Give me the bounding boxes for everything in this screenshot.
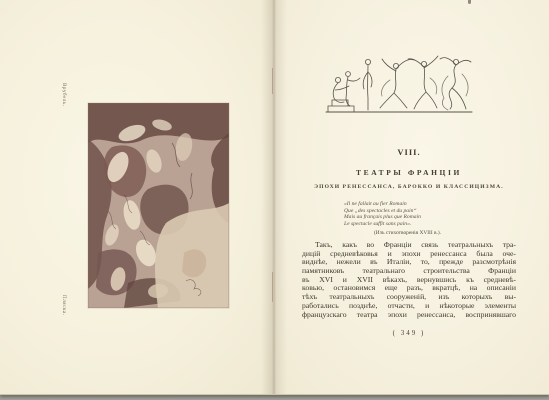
epigraph-source: (Изъ стихотворенія XVIII в.). [374, 230, 474, 237]
page-number: ( 349 ) [302, 329, 516, 337]
left-page: Врубель. [0, 0, 273, 394]
gutter-crease [272, 272, 273, 302]
plate-margin-caption-bottom: Пляска. [61, 295, 66, 316]
photographed-book-scene: Врубель. [0, 0, 549, 400]
sepia-plate-illustration [88, 103, 229, 308]
body-paragraph: Такъ, какъ во Франціи связь театральныхъ… [302, 241, 516, 319]
paragraph-line: французскаго театра эпохи ренессанса, во… [302, 311, 516, 320]
plate-margin-caption-top: Врубель. [61, 83, 66, 107]
book-spread: Врубель. [0, 0, 549, 395]
plate-engraving-graphic [88, 103, 229, 308]
chapter-number: VIII. [302, 147, 516, 157]
epigraph-line: Mais au français plus que Romain [344, 214, 474, 221]
gutter-crease [272, 68, 273, 94]
epigraph-line: Le spectacle suffit sans pain». [344, 221, 474, 228]
right-page: VIII. ТЕАТРЫ ФРАНЦІИ ЭПОХИ РЕНЕССАНСА, Б… [273, 0, 549, 394]
epigraph-line: «Il ne fallait au fier Romain [344, 201, 474, 208]
epigraph: «Il ne fallait au fier Romain Que „des s… [344, 201, 474, 237]
ink-speck [468, 0, 471, 4]
classical-dancers-frieze-illustration [320, 46, 482, 126]
chapter-subtitle: ЭПОХИ РЕНЕССАНСА, БАРОККО И КЛАССИЦИЗМА. [302, 184, 516, 190]
chapter-title: ТЕАТРЫ ФРАНЦІИ [302, 168, 516, 177]
